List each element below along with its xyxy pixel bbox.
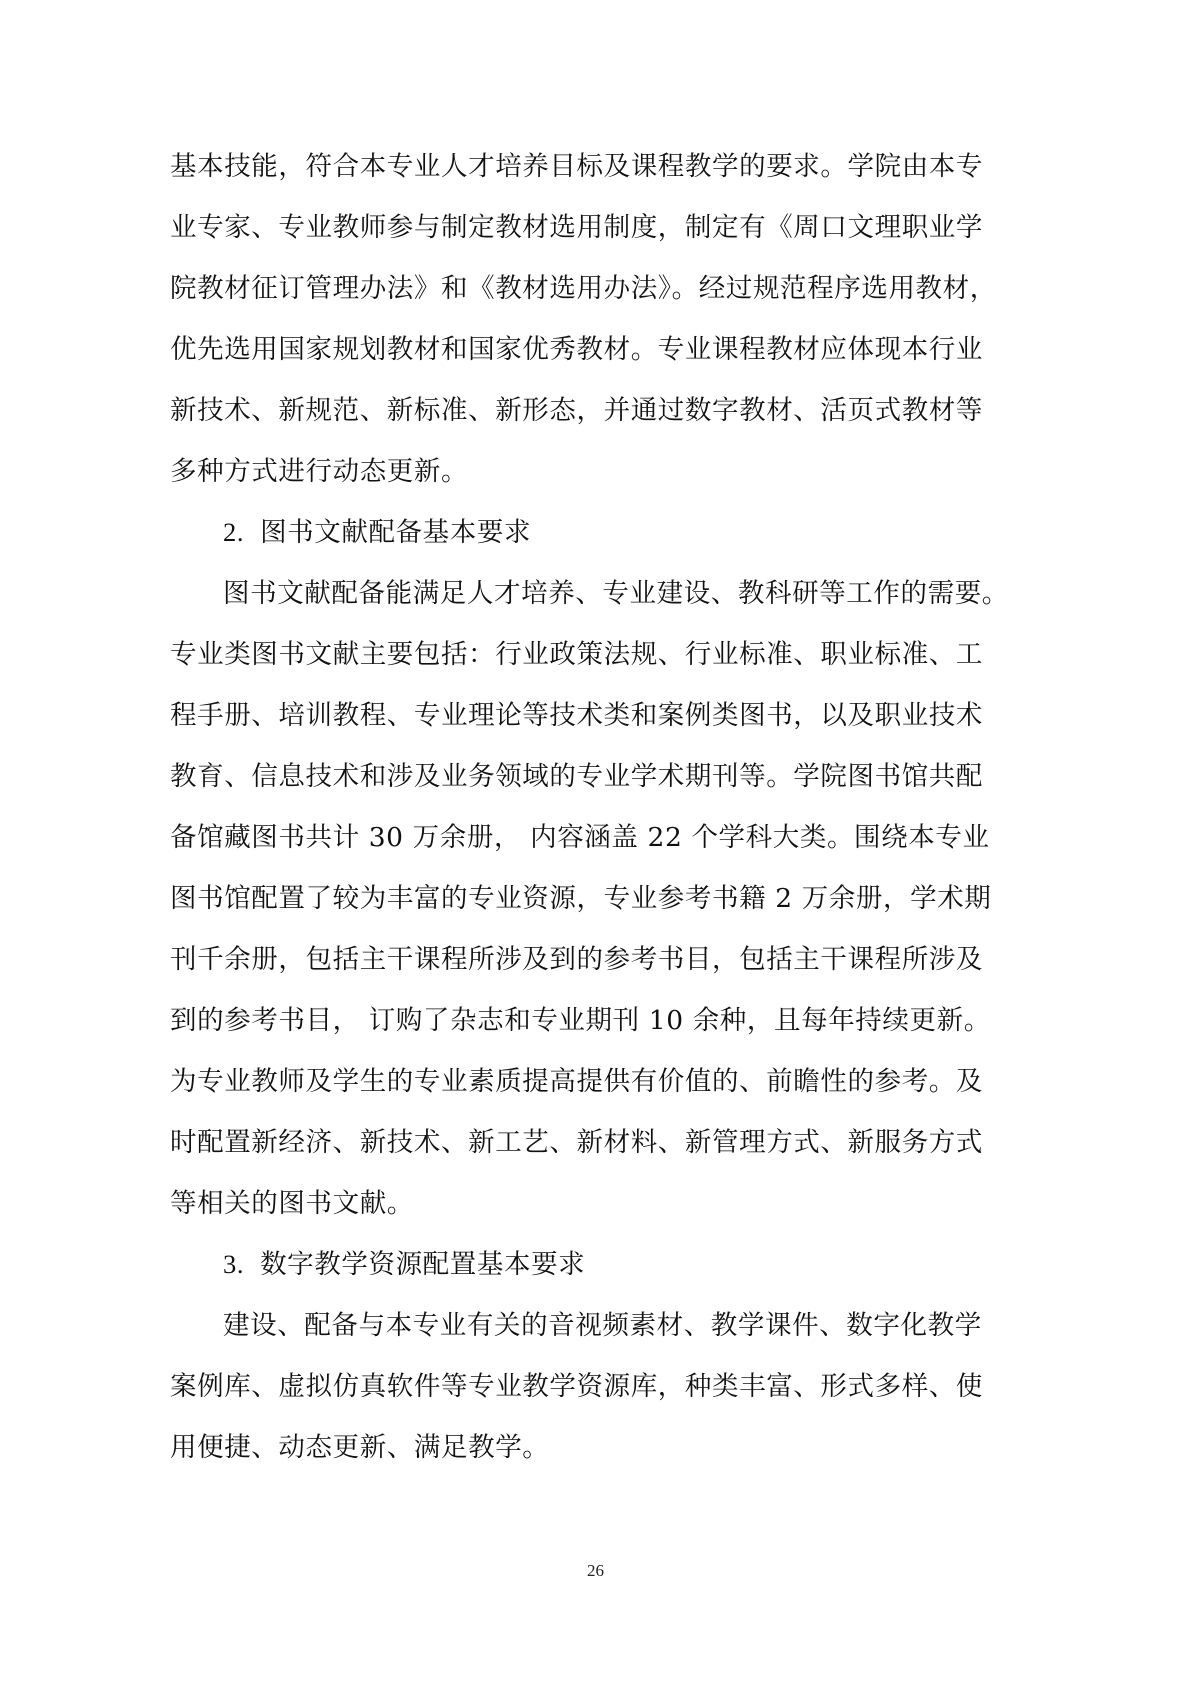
text-line: 为专业教师及学生的专业素质提高提供有价值的、前瞻性的参考。及	[170, 1051, 942, 1112]
text-line: 教育、信息技术和涉及业务领域的专业学术期刊等。学院图书馆共配	[170, 746, 942, 807]
text-line: 到的参考书目， 订购了杂志和专业期刊 10 余种，且每年持续更新。	[170, 990, 942, 1051]
paragraph-digital-resources: 建设、配备与本专业有关的音视频素材、教学课件、数字化教学 案例库、虚拟仿真软件等…	[170, 1295, 942, 1478]
paragraph-textbook-selection: 基本技能，符合本专业人才培养目标及课程教学的要求。学院由本专 业专家、专业教师参…	[170, 136, 942, 502]
text-line: 基本技能，符合本专业人才培养目标及课程教学的要求。学院由本专	[170, 136, 942, 197]
document-page: 基本技能，符合本专业人才培养目标及课程教学的要求。学院由本专 业专家、专业教师参…	[170, 136, 942, 1478]
section-heading-digital-resources: 3.数字教学资源配置基本要求	[170, 1234, 942, 1295]
section-heading-library-resources: 2.图书文献配备基本要求	[170, 502, 942, 563]
text-line: 业专家、专业教师参与制定教材选用制度，制定有《周口文理职业学	[170, 197, 942, 258]
text-line: 专业类图书文献主要包括：行业政策法规、行业标准、职业标准、工	[170, 624, 942, 685]
text-line: 建设、配备与本专业有关的音视频素材、教学课件、数字化教学	[170, 1295, 942, 1356]
paragraph-library-resources: 图书文献配备能满足人才培养、专业建设、教科研等工作的需要。 专业类图书文献主要包…	[170, 563, 942, 1234]
page-number: 26	[0, 1561, 1191, 1581]
text-line: 优先选用国家规划教材和国家优秀教材。专业课程教材应体现本行业	[170, 319, 942, 380]
text-line: 图书馆配置了较为丰富的专业资源，专业参考书籍 2 万余册，学术期	[170, 868, 942, 929]
text-line: 案例库、虚拟仿真软件等专业教学资源库，种类丰富、形式多样、使	[170, 1356, 942, 1417]
text-line: 多种方式进行动态更新。	[170, 441, 942, 502]
heading-text: 图书文献配备基本要求	[260, 517, 531, 548]
text-line: 用便捷、动态更新、满足教学。	[170, 1417, 942, 1478]
text-line: 新技术、新规范、新标准、新形态，并通过数字教材、活页式教材等	[170, 380, 942, 441]
text-line: 院教材征订管理办法》和《教材选用办法》。经过规范程序选用教材，	[170, 258, 942, 319]
heading-number: 3.	[223, 1249, 244, 1279]
heading-text: 数字教学资源配置基本要求	[260, 1249, 585, 1280]
text-line: 时配置新经济、新技术、新工艺、新材料、新管理方式、新服务方式	[170, 1112, 942, 1173]
text-line: 备馆藏图书共计 30 万余册， 内容涵盖 22 个学科大类。围绕本专业	[170, 807, 942, 868]
text-line: 刊千余册，包括主干课程所涉及到的参考书目，包括主干课程所涉及	[170, 929, 942, 990]
text-line: 图书文献配备能满足人才培养、专业建设、教科研等工作的需要。	[170, 563, 942, 624]
text-line: 等相关的图书文献。	[170, 1173, 942, 1234]
heading-number: 2.	[223, 517, 244, 547]
text-line: 程手册、培训教程、专业理论等技术类和案例类图书，以及职业技术	[170, 685, 942, 746]
